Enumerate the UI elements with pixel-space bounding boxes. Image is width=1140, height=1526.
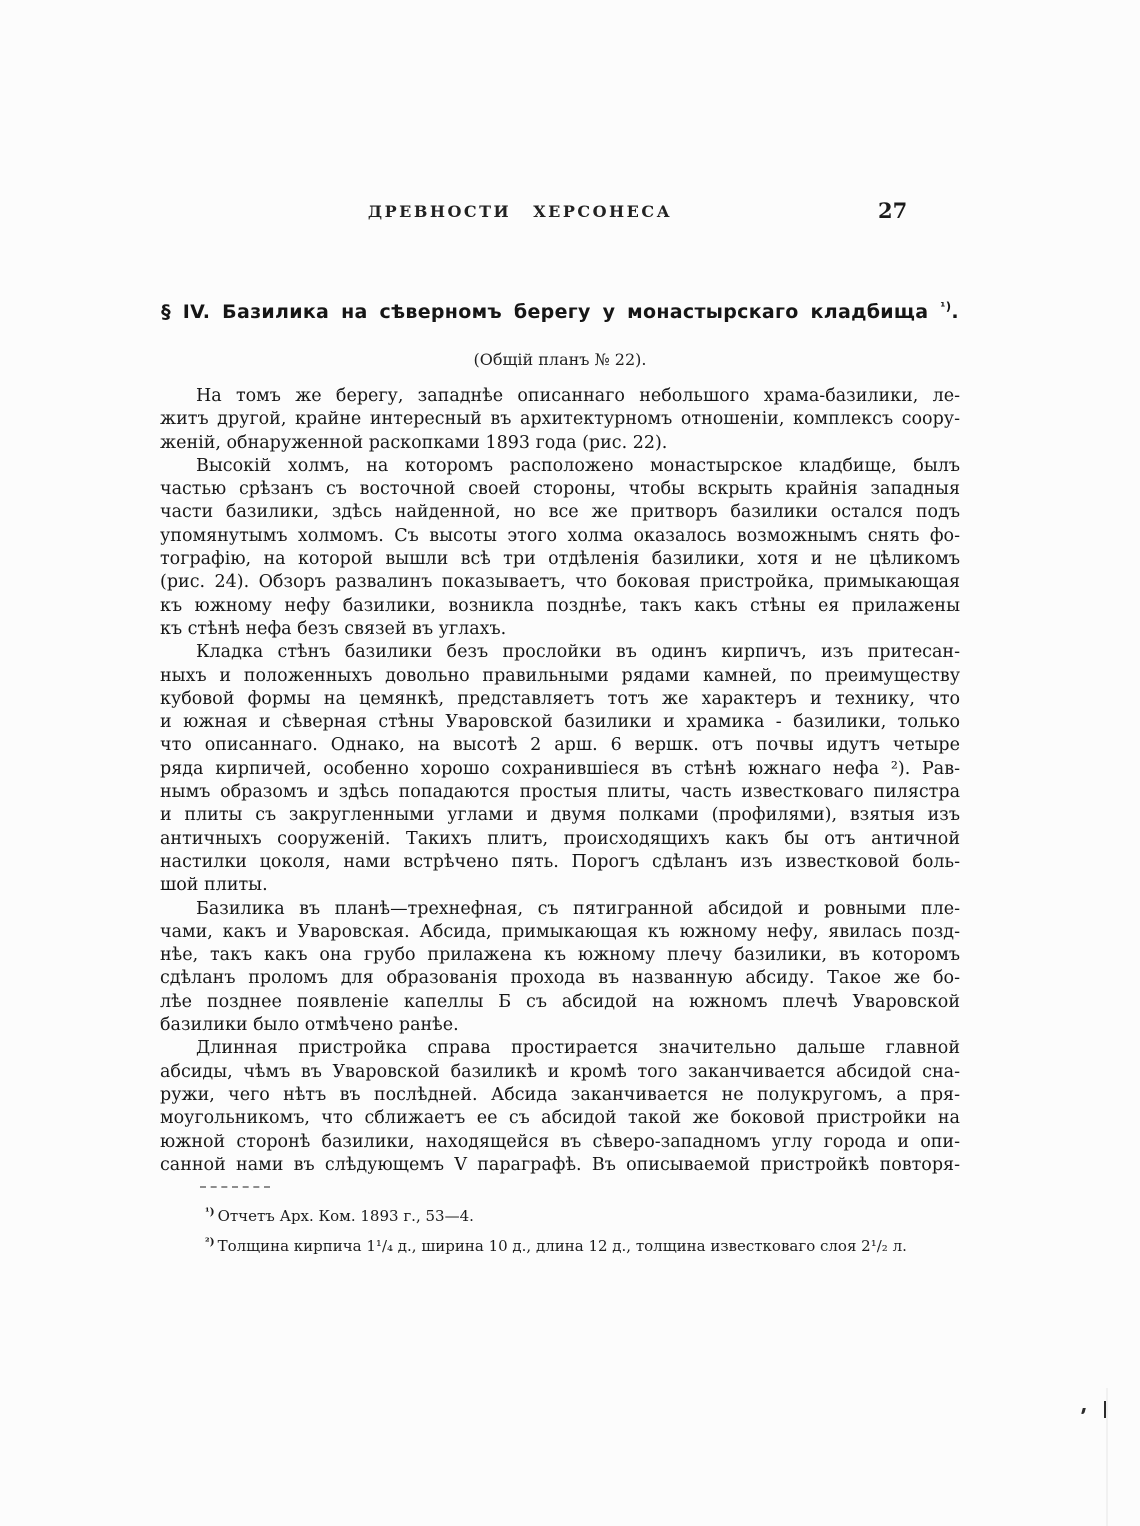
text-line: санной нами въ слѣдующемъ V параграфѣ. В…: [160, 1154, 960, 1177]
footnote-separator: [200, 1186, 270, 1188]
footnote-marker: ¹): [205, 1206, 215, 1218]
section-title-period: .: [951, 301, 959, 323]
page-number: 27: [878, 198, 907, 223]
text-line: тографію, на которой вышли всѣ три отдѣл…: [160, 548, 960, 571]
body-text: На томъ же берегу, западнѣе описаннаго н…: [160, 385, 960, 1177]
scan-page-edge: [1106, 1388, 1108, 1526]
footnote-item: ²)Толщина кирпича 1¹/₄ д., ширина 10 д.,…: [205, 1231, 965, 1261]
text-line: части базилики, здѣсь найденной, но все …: [160, 501, 960, 524]
section-subtitle: (Общій планъ № 22).: [160, 350, 960, 369]
text-line: южной сторонѣ базилики, находящейся въ с…: [160, 1131, 960, 1154]
text-line: житъ другой, крайне интересный въ архите…: [160, 408, 960, 431]
footnotes: ¹)Отчетъ Арх. Ком. 1893 г., 53—4.²)Толщи…: [205, 1201, 965, 1261]
footnote-text: Толщина кирпича 1¹/₄ д., ширина 10 д., д…: [218, 1237, 907, 1255]
scan-speck-comma: [1081, 1408, 1086, 1414]
running-header: ДРЕВНОСТИ ХЕРСОНЕСА: [160, 202, 960, 226]
text-line: къ южному нефу базилики, возникла позднѣ…: [160, 595, 960, 618]
section-number: § IV.: [161, 301, 210, 323]
text-line: сдѣланъ проломъ для образованія прохода …: [160, 967, 960, 990]
text-line: кубовой формы на цемянкѣ, представляетъ …: [160, 688, 960, 711]
text-line: къ стѣнѣ нефа безъ связей въ углахъ.: [160, 618, 960, 641]
text-line: чами, какъ и Уваровская. Абсида, примыка…: [160, 921, 960, 944]
footnote-item: ¹)Отчетъ Арх. Ком. 1893 г., 53—4.: [205, 1201, 965, 1231]
text-line: женій, обнаруженной раскопками 1893 года…: [160, 432, 960, 455]
text-line: и южная и сѣверная стѣны Уваровской бази…: [160, 711, 960, 734]
text-line: частью срѣзанъ съ восточной своей сторон…: [160, 478, 960, 501]
text-line: Длинная пристройка справа простирается з…: [160, 1037, 960, 1060]
section-title-footnote-mark: ¹): [940, 300, 951, 314]
text-line: нѣе, такъ какъ она грубо прилажена къ юж…: [160, 944, 960, 967]
scanned-book-page: ДРЕВНОСТИ ХЕРСОНЕСА 27 § IV. Базилика на…: [0, 0, 1140, 1526]
text-line: и плиты съ закругленными углами и двумя …: [160, 804, 960, 827]
text-line: что описаннаго. Однако, на высотѣ 2 арш.…: [160, 734, 960, 757]
text-line: шой плиты.: [160, 874, 960, 897]
footnote-marker: ²): [205, 1236, 215, 1248]
text-line: базилики было отмѣчено ранѣе.: [160, 1014, 960, 1037]
text-line: ныхъ и положенныхъ довольно правильными …: [160, 665, 960, 688]
running-title: ДРЕВНОСТИ ХЕРСОНЕСА: [120, 202, 920, 221]
text-line: ружи, чего нѣтъ въ послѣдней. Абсида зак…: [160, 1084, 960, 1107]
text-line: лѣе позднее появленіе капеллы Б съ абсид…: [160, 991, 960, 1014]
text-line: моугольникомъ, что сближаетъ ее съ абсид…: [160, 1107, 960, 1130]
text-line: На томъ же берегу, западнѣе описаннаго н…: [160, 385, 960, 408]
section-title: § IV. Базилика на сѣверномъ берегу у мон…: [160, 301, 960, 323]
text-line: абсиды, чѣмъ въ Уваровской базиликѣ и кр…: [160, 1061, 960, 1084]
text-line: Базилика въ планѣ—трехнефная, съ пятигра…: [160, 898, 960, 921]
text-line: (рис. 24). Обзоръ развалинъ показываетъ,…: [160, 571, 960, 594]
text-line: Высокій холмъ, на которомъ расположено м…: [160, 455, 960, 478]
text-line: упомянутымъ холмомъ. Съ высоты этого хол…: [160, 525, 960, 548]
text-line: Кладка стѣнъ базилики безъ прослойки въ …: [160, 641, 960, 664]
footnote-text: Отчетъ Арх. Ком. 1893 г., 53—4.: [218, 1207, 474, 1225]
text-line: нымъ образомъ и здѣсь попадаются простыя…: [160, 781, 960, 804]
text-line: античныхъ сооруженій. Такихъ плитъ, прои…: [160, 828, 960, 851]
section-title-text: Базилика на сѣверномъ берегу у монастырс…: [222, 301, 928, 323]
text-line: настилки цоколя, нами встрѣчено пять. По…: [160, 851, 960, 874]
text-line: ряда кирпичей, особенно хорошо сохранивш…: [160, 758, 960, 781]
